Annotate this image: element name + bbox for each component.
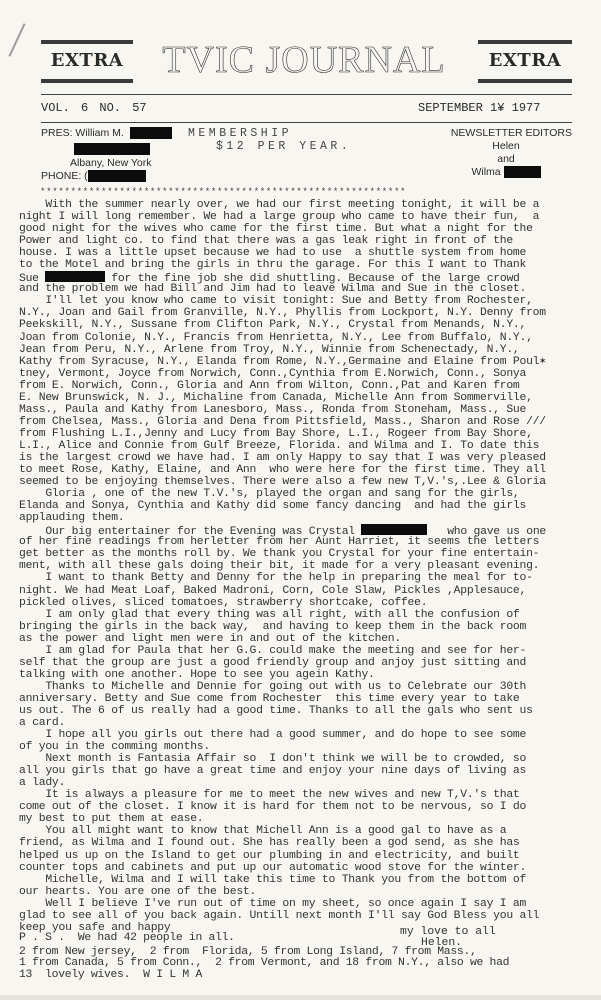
editor-name: Wilma <box>471 166 500 178</box>
star-separator: ****************************************… <box>41 186 572 196</box>
text-line: to meet Rose, Kathy, Elaine, and Ann who… <box>19 464 599 476</box>
text-line: Sue for the fine job she did shuttling. … <box>19 271 599 283</box>
phone-label: PHONE: ( <box>41 170 88 182</box>
redaction <box>130 127 172 139</box>
text-line: anniversary. Betty and Sue come from Roc… <box>19 693 599 705</box>
text-line: Well I believe I've run out of time on m… <box>19 898 599 910</box>
text-line: from Chelsea, Mass., Gloria and Dena fro… <box>19 416 599 428</box>
text-line: helped us up on the Island to get our pl… <box>19 850 599 862</box>
article-body: With the summer nearly over, we had our … <box>19 199 599 934</box>
text-line: Kathy from Syracuse, N.Y., Elanda from R… <box>19 356 599 368</box>
membership-heading: MEMBERSHIP <box>188 127 351 140</box>
extra-badge-right: EXTRA <box>478 40 572 83</box>
text-line: N.Y., Joan and Gail from Granville, N.Y.… <box>19 307 599 319</box>
text-line: house. I was a little upset because we h… <box>19 247 599 259</box>
text-line: to the Motel and bring the girls in thru… <box>19 259 599 271</box>
text-line: night I will long remember. We had a lar… <box>19 211 599 223</box>
text-line: It is always a pleasure for me to meet t… <box>19 789 599 801</box>
text-line: get better as the months roll by. We tha… <box>19 548 599 560</box>
badge-bar <box>478 40 572 44</box>
text-line: I want to thank Betty and Denny for the … <box>19 572 599 584</box>
text-line: self that the group are just a good frie… <box>19 657 599 669</box>
text-line: I'll let you know who came to visit toni… <box>19 295 599 307</box>
newsletter-page: EXTRA TVIC JOURNAL EXTRA VOL. 6 NO. 57 S… <box>0 0 601 1000</box>
text-line: of you in the comming months. <box>19 741 599 753</box>
badge-bar <box>41 40 133 44</box>
text-line: talking with one another. Hope to see yo… <box>19 669 599 681</box>
redaction <box>45 271 104 282</box>
president-label: PRES: William M. <box>41 127 124 139</box>
editor-and: and <box>440 153 572 166</box>
text-line: Michelle, Wilma and I will take this tim… <box>19 874 599 886</box>
text-line: bringing the girls in the back way, and … <box>19 621 599 633</box>
postscript-line: 13 lovely wives. W I L M A <box>19 970 509 982</box>
masthead-title: TVIC JOURNAL <box>144 38 464 82</box>
text-line: L.I., Alice and Connie from Gulf Breeze,… <box>19 440 599 452</box>
text-line: good night for the wives who came for th… <box>19 223 599 235</box>
redaction <box>504 166 541 178</box>
text-line: I am glad for Paula that her G.G. could … <box>19 645 599 657</box>
postscript-line: P . S . We had 42 people in all. <box>19 933 509 945</box>
text-line: a card. <box>19 717 599 729</box>
text-line: a lady. <box>19 777 599 789</box>
text-line: Joan from Colonie, N.Y., Francis from He… <box>19 332 599 344</box>
text-line: Peekskill, N.Y., Sussane from Clifton Pa… <box>19 319 599 331</box>
postscript-line: 1 from Canada, 5 from Conn., 2 from Verm… <box>19 958 509 970</box>
text-line: and the problem we had Bill and Jim had … <box>19 283 599 295</box>
postscript: P . S . We had 42 people in all.2 from N… <box>19 933 509 981</box>
text-line: seemed to be enjoying themselves. There … <box>19 476 599 488</box>
text-line: With the summer nearly over, we had our … <box>19 199 599 211</box>
text-line: You all might want to know that Michell … <box>19 825 599 837</box>
text-line: counter tops and cabinets and put up our… <box>19 862 599 874</box>
text-line: I am only glad that every thing was all … <box>19 609 599 621</box>
text-line: of her fine readings from herletter from… <box>19 536 599 548</box>
text-line: tney, Vermont, Joyce from Norwich, Conn.… <box>19 368 599 380</box>
extra-badge-left: EXTRA <box>41 40 133 83</box>
president-info: PRES: William M. <box>41 127 172 139</box>
badge-bar <box>478 79 572 83</box>
text-line: Elanda and Sonya, Cynthia and Kathy did … <box>19 500 599 512</box>
pen-mark <box>8 23 25 56</box>
extra-label: EXTRA <box>41 50 133 71</box>
text-line: is the largest crowd we have had. I am o… <box>19 452 599 464</box>
text-line: from Flushing L.I.,Jenny and Lucy from B… <box>19 428 599 440</box>
text-line: all you girls that go have a great time … <box>19 765 599 777</box>
text-line: us out. The 6 of us really had a good ti… <box>19 705 599 717</box>
text-line: night. We had Meat Loaf, Baked Madroni, … <box>19 585 599 597</box>
text-line: from E. Norwich, Conn., Gloria and Ann f… <box>19 380 599 392</box>
text-line: friend, as Wilma and I found out. She ha… <box>19 837 599 849</box>
text-line: Jean from Peru, N.Y., Arlene from Troy, … <box>19 344 599 356</box>
divider <box>41 94 572 95</box>
text-line: E. New Brunswick, N. J., Michaline from … <box>19 392 599 404</box>
text-line: I hope all you girls out there had a goo… <box>19 729 599 741</box>
text-line: our hearts. You are one of the best. <box>19 886 599 898</box>
newsletter-editors: NEWSLETTER EDITORS Helen and Wilma <box>440 127 572 179</box>
editors-heading: NEWSLETTER EDITORS <box>440 127 572 140</box>
text-line: glad to see all of you back again. Until… <box>19 910 599 922</box>
text-line: as the power and light men were in and o… <box>19 633 599 645</box>
redaction <box>74 143 150 155</box>
membership-info: MEMBERSHIP $12 PER YEAR. <box>188 127 351 153</box>
page-edge <box>0 995 601 1000</box>
text-line: Gloria , one of the new T.V.'s, played t… <box>19 488 599 500</box>
text-line: Next month is Fantasia Affair so I don't… <box>19 753 599 765</box>
issue-date: SEPTEMBER 1¥ 1977 <box>418 101 540 115</box>
city: Albany, New York <box>70 157 152 169</box>
text-line: applauding them. <box>19 512 599 524</box>
editor-name: Helen <box>440 140 572 153</box>
text-line: pickled olives, sliced tomatoes, strawbe… <box>19 597 599 609</box>
membership-price: $12 PER YEAR. <box>188 140 351 153</box>
text-line: ment, with all these gals doing their bi… <box>19 560 599 572</box>
phone-info: PHONE: ( <box>41 170 146 182</box>
badge-bar <box>41 79 133 83</box>
text-line: Power and light co. to find that there w… <box>19 235 599 247</box>
text-line: Thanks to Michelle and Dennie for going … <box>19 681 599 693</box>
text-line: my best to put them at ease. <box>19 813 599 825</box>
redaction <box>88 170 146 182</box>
volume-number: VOL. 6 NO. 57 <box>41 101 147 115</box>
text-line: Our big entertainer for the Evening was … <box>19 524 599 536</box>
divider <box>41 122 572 123</box>
text-line: Mass., Paula and Kathy from Lanesboro, M… <box>19 404 599 416</box>
extra-label: EXTRA <box>478 50 572 71</box>
redaction <box>361 524 427 535</box>
text-line: come out of the closet. I know it is har… <box>19 801 599 813</box>
